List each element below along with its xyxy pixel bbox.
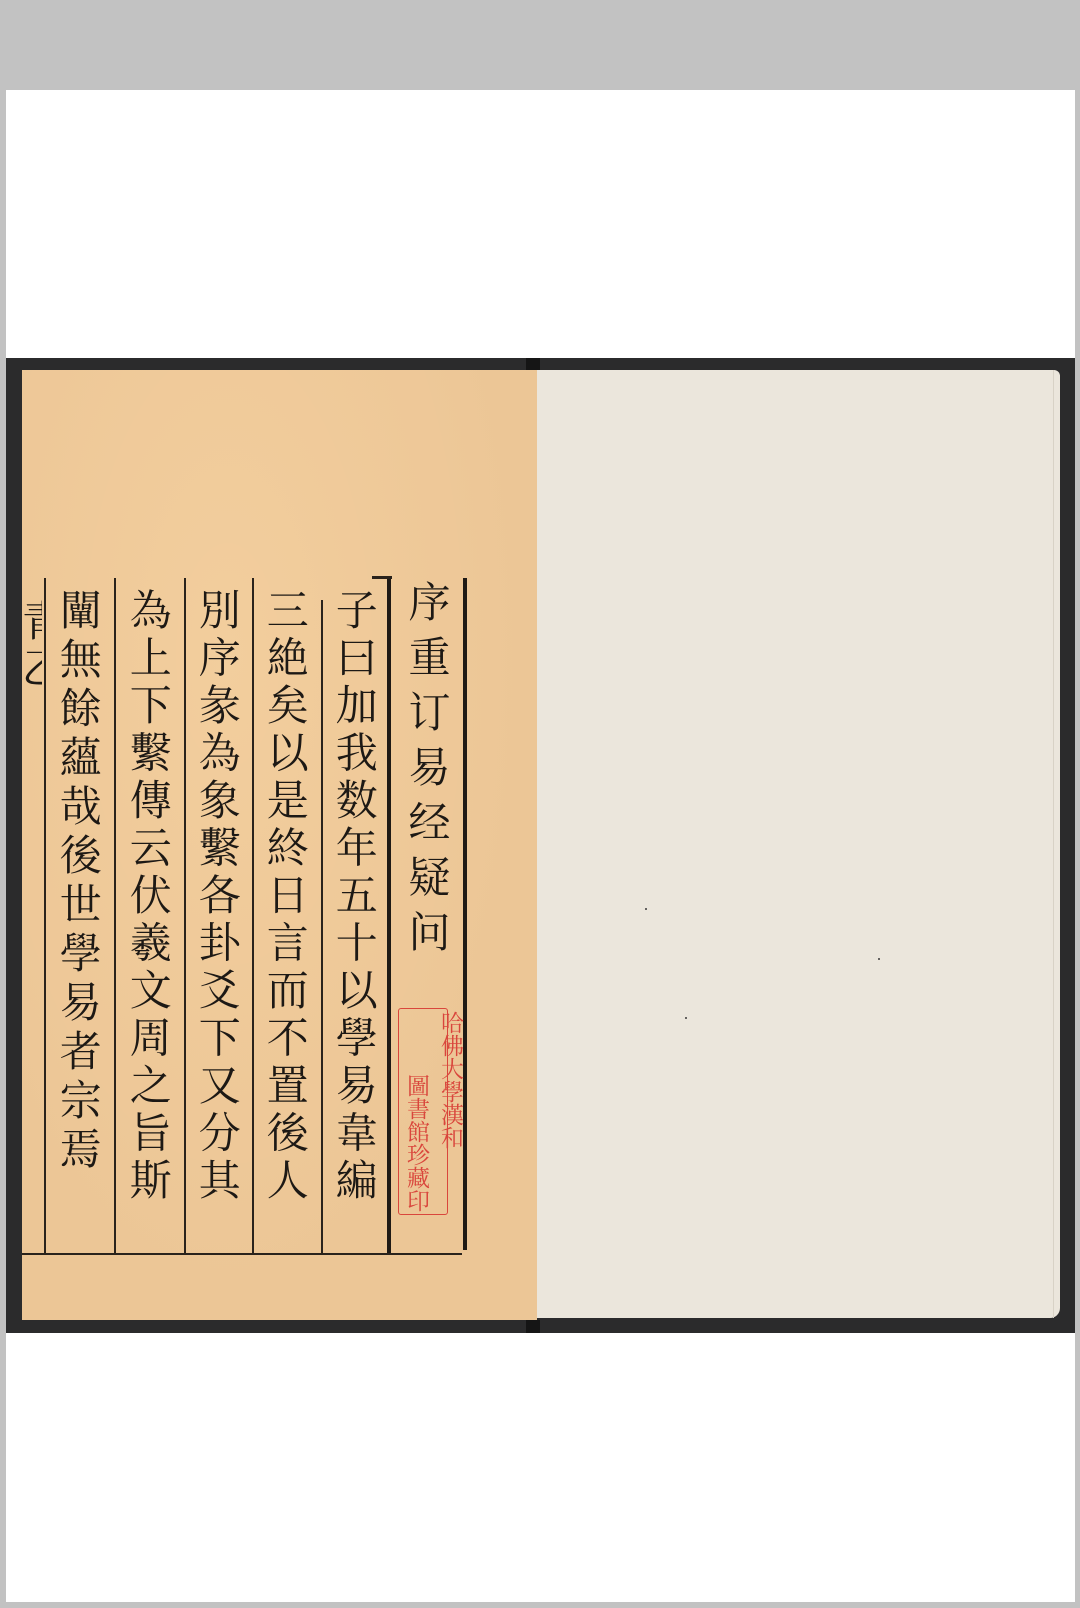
paper-speck [685, 1017, 687, 1019]
column-rule [44, 578, 46, 1254]
seal-left-column: 圖書館珍藏印 [399, 1011, 433, 1212]
column-rule [114, 578, 116, 1254]
text-column-5: 闡無餘蘊哉後世學易者宗焉 [47, 588, 109, 1176]
seal-right-column: 哈佛大學漢和 [433, 1011, 467, 1212]
library-seal: 哈佛大學漢和 圖書館珍藏印 [398, 1008, 448, 1215]
title-column: 序重订易经疑问 [396, 580, 458, 965]
title-top-mark [372, 576, 392, 579]
title-text: 序重订易经疑问 [400, 580, 455, 965]
text-column-2: 三絶矣以是終日言而不置後人 [254, 588, 316, 1206]
paper-speck [878, 958, 880, 960]
right-page-blank [537, 370, 1060, 1318]
book-spine-bottom [526, 1320, 540, 1333]
text-column-4: 為上下繫傳云伏羲文周之旨斯 [117, 588, 179, 1206]
partial-edge-text: 青 乙 [22, 598, 42, 692]
page-edge [1053, 370, 1054, 1318]
paper-speck [645, 908, 647, 910]
text-column-3: 別序彖為象繫各卦爻下又分其 [186, 588, 248, 1206]
text-frame-bottom [22, 1253, 462, 1255]
column-rule-thick [387, 578, 391, 1254]
book-spine-top [526, 358, 540, 370]
text-column-1: 子曰加我数年五十以學易韋編 [323, 588, 385, 1206]
